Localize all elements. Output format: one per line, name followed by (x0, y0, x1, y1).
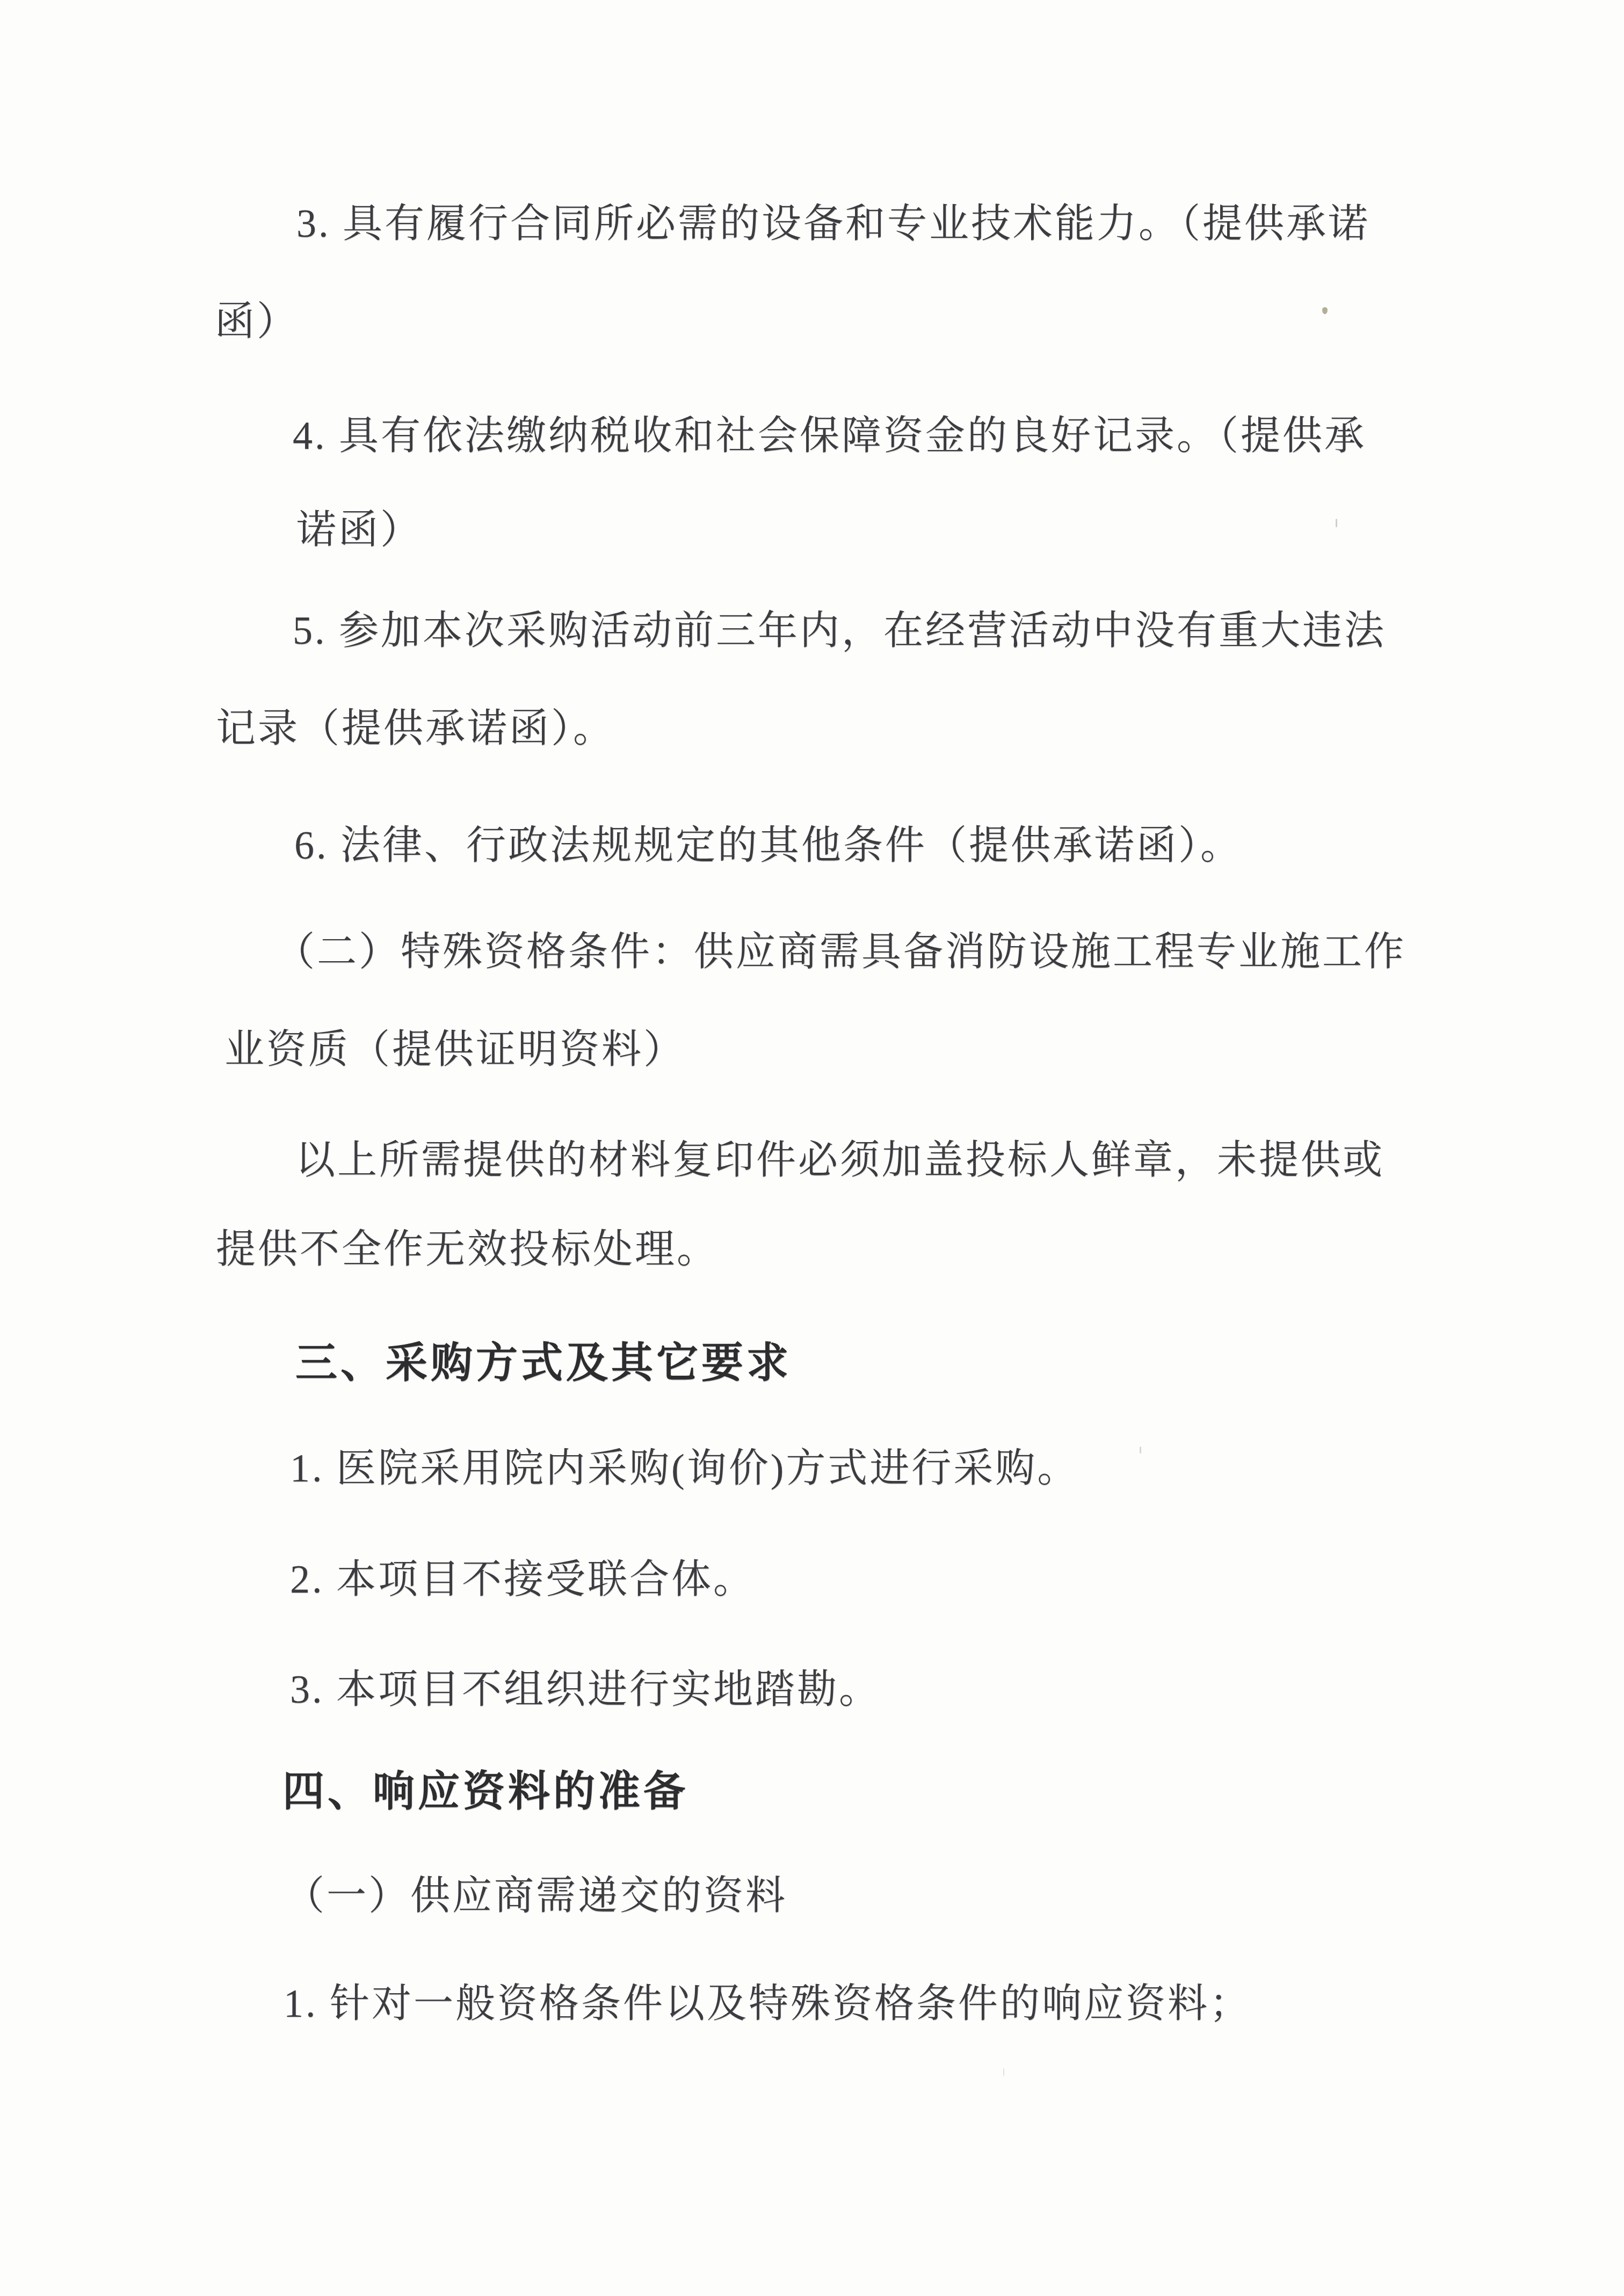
scan-speck (1140, 1447, 1141, 1454)
line-special-qualification-part1: （二）特殊资格条件：供应商需具备消防设施工程专业施工作 (275, 932, 1406, 972)
line-method-item2: 2. 本项目不接受联合体。 (290, 1560, 755, 1600)
scanned-document-page: 3. 具有履行合同所必需的设备和专业技术能力。（提供承诺 函） 4. 具有依法缴… (0, 0, 1624, 2296)
scan-speck (1003, 2068, 1004, 2076)
line-materials-note-part2: 提供不全作无效投标处理。 (216, 1230, 719, 1269)
line-materials-note-part1: 以上所需提供的材料复印件必须加盖投标人鲜章，未提供或 (295, 1140, 1384, 1180)
line-special-qualification-part2: 业资质（提供证明资料） (224, 1030, 685, 1070)
scan-speck (1336, 519, 1337, 527)
line-method-item3: 3. 本项目不组织进行实地踏勘。 (290, 1670, 881, 1710)
scan-speck (1322, 307, 1328, 314)
line-item3-part2: 函） (215, 302, 299, 342)
heading-section3-procurement-method: 三、采购方式及其它要求 (295, 1342, 792, 1384)
line-item6: 6. 法律、行政法规规定的其他条件（提供承诺函）。 (294, 826, 1242, 866)
line-method-item1: 1. 医院采用院内采购(询价)方式进行采购。 (290, 1449, 1079, 1488)
line-item5-part2: 记录（提供承诺函）。 (216, 709, 615, 749)
line-response-materials-item1: 1. 针对一般资格条件以及特殊资格条件的响应资料； (284, 1984, 1251, 2024)
line-item5-part1: 5. 参加本次采购活动前三年内，在经营活动中没有重大违法 (293, 611, 1386, 651)
line-item4-part2: 诺函） (296, 510, 422, 550)
heading-section4-response-materials: 四、响应资料的准备 (282, 1771, 688, 1813)
line-item4-part1: 4. 具有依法缴纳税收和社会保障资金的良好记录。（提供承 (293, 416, 1366, 456)
line-item3-part1: 3. 具有履行合同所必需的设备和专业技术能力。（提供承诺 (296, 204, 1370, 244)
line-submit-materials-subheading: （一）供应商需递交的资料 (285, 1876, 787, 1916)
